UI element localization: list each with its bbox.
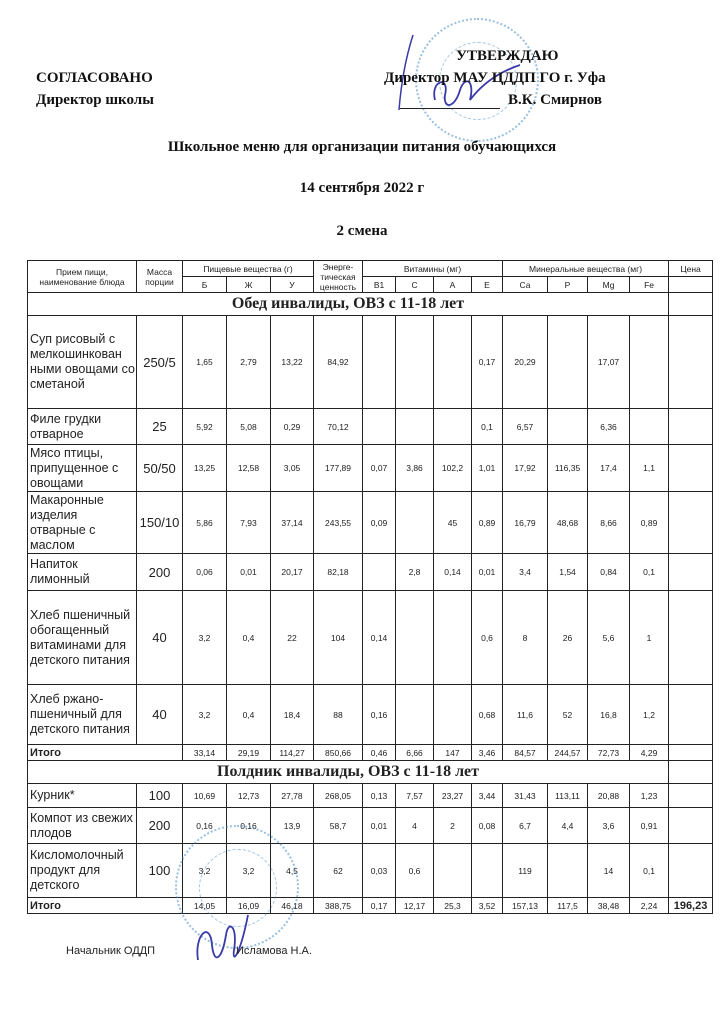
cell-a: [434, 685, 472, 745]
cell-b1: 0,01: [363, 808, 396, 844]
cell-ca: 31,43: [503, 784, 548, 808]
header-meal: Прием пищи, наименование блюда: [28, 261, 137, 293]
agreed-title: СОГЛАСОВАНО: [36, 70, 153, 87]
cell-mg: 3,6: [588, 808, 630, 844]
cell-b1: 0,16: [363, 685, 396, 745]
cell-p: 113,11: [548, 784, 588, 808]
cell-b: 0,16: [183, 808, 227, 844]
cell-u: 20,17: [271, 554, 314, 591]
total-row: Итого33,1429,19114,27850,660,466,661473,…: [28, 745, 713, 761]
cell-price: [669, 445, 713, 492]
dish-name: Суп рисовый с мелкошинкован ными овощами…: [28, 316, 137, 409]
cell-mg: 16,8: [588, 685, 630, 745]
header-mass: Масса порции: [137, 261, 183, 293]
cell-b1: 0,03: [363, 844, 396, 898]
cell-zh: 0,01: [227, 554, 271, 591]
total-energy: 850,66: [314, 745, 363, 761]
dish-mass: 40: [137, 685, 183, 745]
dish-name: Напиток лимонный: [28, 554, 137, 591]
cell-price: [669, 316, 713, 409]
cell-ca: 16,79: [503, 492, 548, 554]
cell-c: 2,8: [396, 554, 434, 591]
header-e: Е: [472, 277, 503, 293]
section-title: Обед инвалиды, ОВЗ с 11-18 лет: [28, 293, 669, 316]
cell-price: [669, 492, 713, 554]
total-b1: 0,46: [363, 745, 396, 761]
cell-u: 22: [271, 591, 314, 685]
cell-fe: 1,1: [630, 445, 669, 492]
footer-name: Исламова Н.А.: [236, 945, 312, 957]
cell-b1: [363, 316, 396, 409]
cell-energy: 82,18: [314, 554, 363, 591]
section-header-row: Полдник инвалиды, ОВЗ с 11-18 лет: [28, 761, 713, 784]
dish-name: Филе грудки отварное: [28, 409, 137, 445]
cell-ca: 20,29: [503, 316, 548, 409]
table-row: Хлеб пшеничный обогащенный витаминами дл…: [28, 591, 713, 685]
header-vitamins: Витамины (мг): [363, 261, 503, 277]
cell-u: 4,5: [271, 844, 314, 898]
dish-name: Курник*: [28, 784, 137, 808]
total-u: 114,27: [271, 745, 314, 761]
total-e: 3,52: [472, 898, 503, 914]
document-date: 14 сентября 2022 г: [0, 180, 724, 197]
total-b: 33,14: [183, 745, 227, 761]
cell-mg: 17,07: [588, 316, 630, 409]
total-u: 46,18: [271, 898, 314, 914]
total-label: Итого: [28, 898, 183, 914]
cell-c: [396, 685, 434, 745]
header-u: У: [271, 277, 314, 293]
total-fe: 2,24: [630, 898, 669, 914]
cell-a: 2: [434, 808, 472, 844]
cell-fe: 1,2: [630, 685, 669, 745]
cell-ca: 11,6: [503, 685, 548, 745]
total-price: [669, 745, 713, 761]
cell-e: 0,17: [472, 316, 503, 409]
cell-ca: 17,92: [503, 445, 548, 492]
cell-ca: 3,4: [503, 554, 548, 591]
cell-e: 0,08: [472, 808, 503, 844]
total-c: 12,17: [396, 898, 434, 914]
cell-a: 45: [434, 492, 472, 554]
cell-b1: 0,09: [363, 492, 396, 554]
cell-zh: 0,4: [227, 685, 271, 745]
table-row: Курник*10010,6912,7327,78268,050,137,572…: [28, 784, 713, 808]
header-nutrients: Пищевые вещества (г): [183, 261, 314, 277]
cell-b: 5,92: [183, 409, 227, 445]
document-title: Школьное меню для организации питания об…: [0, 139, 724, 156]
cell-a: [434, 844, 472, 898]
table-row: Макаронные изделия отварные с маслом150/…: [28, 492, 713, 554]
section-title: Полдник инвалиды, ОВЗ с 11-18 лет: [28, 761, 669, 784]
cell-energy: 177,89: [314, 445, 363, 492]
cell-zh: 0,4: [227, 591, 271, 685]
total-ca: 84,57: [503, 745, 548, 761]
cell-e: 0,1: [472, 409, 503, 445]
dish-name: Компот из свежих плодов: [28, 808, 137, 844]
header-c: С: [396, 277, 434, 293]
cell-p: 26: [548, 591, 588, 685]
cell-mg: 17,4: [588, 445, 630, 492]
cell-energy: 62: [314, 844, 363, 898]
cell-fe: 1: [630, 591, 669, 685]
approve-title: УТВЕРЖДАЮ: [456, 48, 559, 65]
total-ca: 157,13: [503, 898, 548, 914]
cell-mg: 5,6: [588, 591, 630, 685]
cell-b1: 0,07: [363, 445, 396, 492]
dish-mass: 250/5: [137, 316, 183, 409]
dish-mass: 200: [137, 808, 183, 844]
cell-a: [434, 316, 472, 409]
cell-ca: 6,7: [503, 808, 548, 844]
footer-signature-icon: [190, 905, 250, 975]
total-mg: 38,48: [588, 898, 630, 914]
signature-line: [400, 108, 500, 109]
cell-price: [669, 685, 713, 745]
cell-fe: [630, 316, 669, 409]
total-a: 25,3: [434, 898, 472, 914]
dish-mass: 100: [137, 844, 183, 898]
total-mg: 72,73: [588, 745, 630, 761]
cell-price: [669, 784, 713, 808]
cell-b: 3,2: [183, 685, 227, 745]
cell-a: [434, 591, 472, 685]
cell-p: [548, 409, 588, 445]
total-b: 14,05: [183, 898, 227, 914]
cell-b: 10,69: [183, 784, 227, 808]
cell-a: 23,27: [434, 784, 472, 808]
cell-energy: 70,12: [314, 409, 363, 445]
cell-e: 0,68: [472, 685, 503, 745]
section-price-cell: [669, 761, 713, 784]
header-p: Р: [548, 277, 588, 293]
cell-mg: 14: [588, 844, 630, 898]
dish-name: Хлеб ржано-пшеничный для детского питани…: [28, 685, 137, 745]
cell-b: 5,86: [183, 492, 227, 554]
approve-role: Директор МАУ ЦДДП ГО г. Уфа: [384, 70, 606, 87]
header-energy: Энерге-тическая ценность: [314, 261, 363, 293]
header-b1: В1: [363, 277, 396, 293]
table-row: Хлеб ржано-пшеничный для детского питани…: [28, 685, 713, 745]
table-row: Суп рисовый с мелкошинкован ными овощами…: [28, 316, 713, 409]
document-shift: 2 смена: [0, 223, 724, 240]
cell-zh: 2,79: [227, 316, 271, 409]
cell-zh: 12,58: [227, 445, 271, 492]
dish-mass: 25: [137, 409, 183, 445]
footer-role: Начальник ОДДП: [66, 945, 155, 957]
cell-ca: 8: [503, 591, 548, 685]
cell-price: [669, 808, 713, 844]
total-zh: 16,09: [227, 898, 271, 914]
cell-fe: 0,91: [630, 808, 669, 844]
cell-e: 0,01: [472, 554, 503, 591]
cell-c: 4: [396, 808, 434, 844]
cell-e: 0,6: [472, 591, 503, 685]
header-ca: Са: [503, 277, 548, 293]
cell-p: 4,4: [548, 808, 588, 844]
approve-name: В.К. Смирнов: [508, 92, 602, 109]
total-p: 117,5: [548, 898, 588, 914]
total-c: 6,66: [396, 745, 434, 761]
cell-energy: 268,05: [314, 784, 363, 808]
total-fe: 4,29: [630, 745, 669, 761]
cell-ca: 6,57: [503, 409, 548, 445]
cell-e: 3,44: [472, 784, 503, 808]
cell-p: 116,35: [548, 445, 588, 492]
cell-b1: 0,14: [363, 591, 396, 685]
cell-p: [548, 316, 588, 409]
cell-c: 3,86: [396, 445, 434, 492]
cell-energy: 84,92: [314, 316, 363, 409]
section-header-row: Обед инвалиды, ОВЗ с 11-18 лет: [28, 293, 713, 316]
cell-a: 0,14: [434, 554, 472, 591]
cell-price: [669, 409, 713, 445]
cell-energy: 88: [314, 685, 363, 745]
cell-fe: 0,1: [630, 844, 669, 898]
cell-zh: 7,93: [227, 492, 271, 554]
cell-ca: 119: [503, 844, 548, 898]
header-minerals: Минеральные вещества (мг): [503, 261, 669, 277]
total-zh: 29,19: [227, 745, 271, 761]
cell-b: 3,2: [183, 591, 227, 685]
cell-u: 0,29: [271, 409, 314, 445]
table-row: Кисломолочный продукт для детского1003,2…: [28, 844, 713, 898]
dish-mass: 150/10: [137, 492, 183, 554]
table-row: Напиток лимонный2000,060,0120,1782,182,8…: [28, 554, 713, 591]
cell-fe: [630, 409, 669, 445]
total-label: Итого: [28, 745, 183, 761]
cell-b: 0,06: [183, 554, 227, 591]
cell-u: 18,4: [271, 685, 314, 745]
cell-mg: 0,84: [588, 554, 630, 591]
cell-b: 13,25: [183, 445, 227, 492]
cell-fe: 0,89: [630, 492, 669, 554]
total-p: 244,57: [548, 745, 588, 761]
cell-zh: 3,2: [227, 844, 271, 898]
total-a: 147: [434, 745, 472, 761]
section-price-cell: [669, 293, 713, 316]
total-energy: 388,75: [314, 898, 363, 914]
cell-p: 48,68: [548, 492, 588, 554]
cell-b1: [363, 409, 396, 445]
table-row: Филе грудки отварное255,925,080,2970,120…: [28, 409, 713, 445]
cell-c: 7,57: [396, 784, 434, 808]
dish-name: Мясо птицы, припущенное с овощами: [28, 445, 137, 492]
header-price-sub: [669, 277, 713, 293]
total-price: 196,23: [669, 898, 713, 914]
cell-u: 13,9: [271, 808, 314, 844]
cell-mg: 6,36: [588, 409, 630, 445]
cell-p: 1,54: [548, 554, 588, 591]
cell-b1: [363, 554, 396, 591]
cell-zh: 0,16: [227, 808, 271, 844]
cell-a: 102,2: [434, 445, 472, 492]
cell-fe: 1,23: [630, 784, 669, 808]
header-fe: Fe: [630, 277, 669, 293]
cell-zh: 12,73: [227, 784, 271, 808]
dish-mass: 40: [137, 591, 183, 685]
menu-table: Прием пищи, наименование блюда Масса пор…: [27, 260, 713, 914]
cell-e: [472, 844, 503, 898]
cell-c: [396, 591, 434, 685]
cell-a: [434, 409, 472, 445]
dish-name: Хлеб пшеничный обогащенный витаминами дл…: [28, 591, 137, 685]
cell-zh: 5,08: [227, 409, 271, 445]
dish-name: Макаронные изделия отварные с маслом: [28, 492, 137, 554]
cell-u: 27,78: [271, 784, 314, 808]
cell-energy: 58,7: [314, 808, 363, 844]
cell-b: 1,65: [183, 316, 227, 409]
cell-energy: 104: [314, 591, 363, 685]
cell-e: 0,89: [472, 492, 503, 554]
cell-p: [548, 844, 588, 898]
cell-c: [396, 492, 434, 554]
cell-u: 13,22: [271, 316, 314, 409]
cell-energy: 243,55: [314, 492, 363, 554]
dish-mass: 200: [137, 554, 183, 591]
cell-c: [396, 316, 434, 409]
cell-mg: 20,88: [588, 784, 630, 808]
cell-price: [669, 844, 713, 898]
header-b: Б: [183, 277, 227, 293]
header-mg: Mg: [588, 277, 630, 293]
total-e: 3,46: [472, 745, 503, 761]
cell-price: [669, 554, 713, 591]
agreed-role: Директор школы: [36, 92, 154, 109]
table-row: Мясо птицы, припущенное с овощами50/5013…: [28, 445, 713, 492]
cell-u: 3,05: [271, 445, 314, 492]
dish-mass: 50/50: [137, 445, 183, 492]
cell-mg: 8,66: [588, 492, 630, 554]
cell-b1: 0,13: [363, 784, 396, 808]
table-row: Компот из свежих плодов2000,160,1613,958…: [28, 808, 713, 844]
cell-c: 0,6: [396, 844, 434, 898]
header-a: А: [434, 277, 472, 293]
cell-price: [669, 591, 713, 685]
cell-u: 37,14: [271, 492, 314, 554]
cell-e: 1,01: [472, 445, 503, 492]
cell-p: 52: [548, 685, 588, 745]
header-zh: Ж: [227, 277, 271, 293]
total-b1: 0,17: [363, 898, 396, 914]
total-row: Итого14,0516,0946,18388,750,1712,1725,33…: [28, 898, 713, 914]
dish-name: Кисломолочный продукт для детского: [28, 844, 137, 898]
cell-b: 3,2: [183, 844, 227, 898]
cell-fe: 0,1: [630, 554, 669, 591]
dish-mass: 100: [137, 784, 183, 808]
header-price: Цена: [669, 261, 713, 277]
cell-c: [396, 409, 434, 445]
